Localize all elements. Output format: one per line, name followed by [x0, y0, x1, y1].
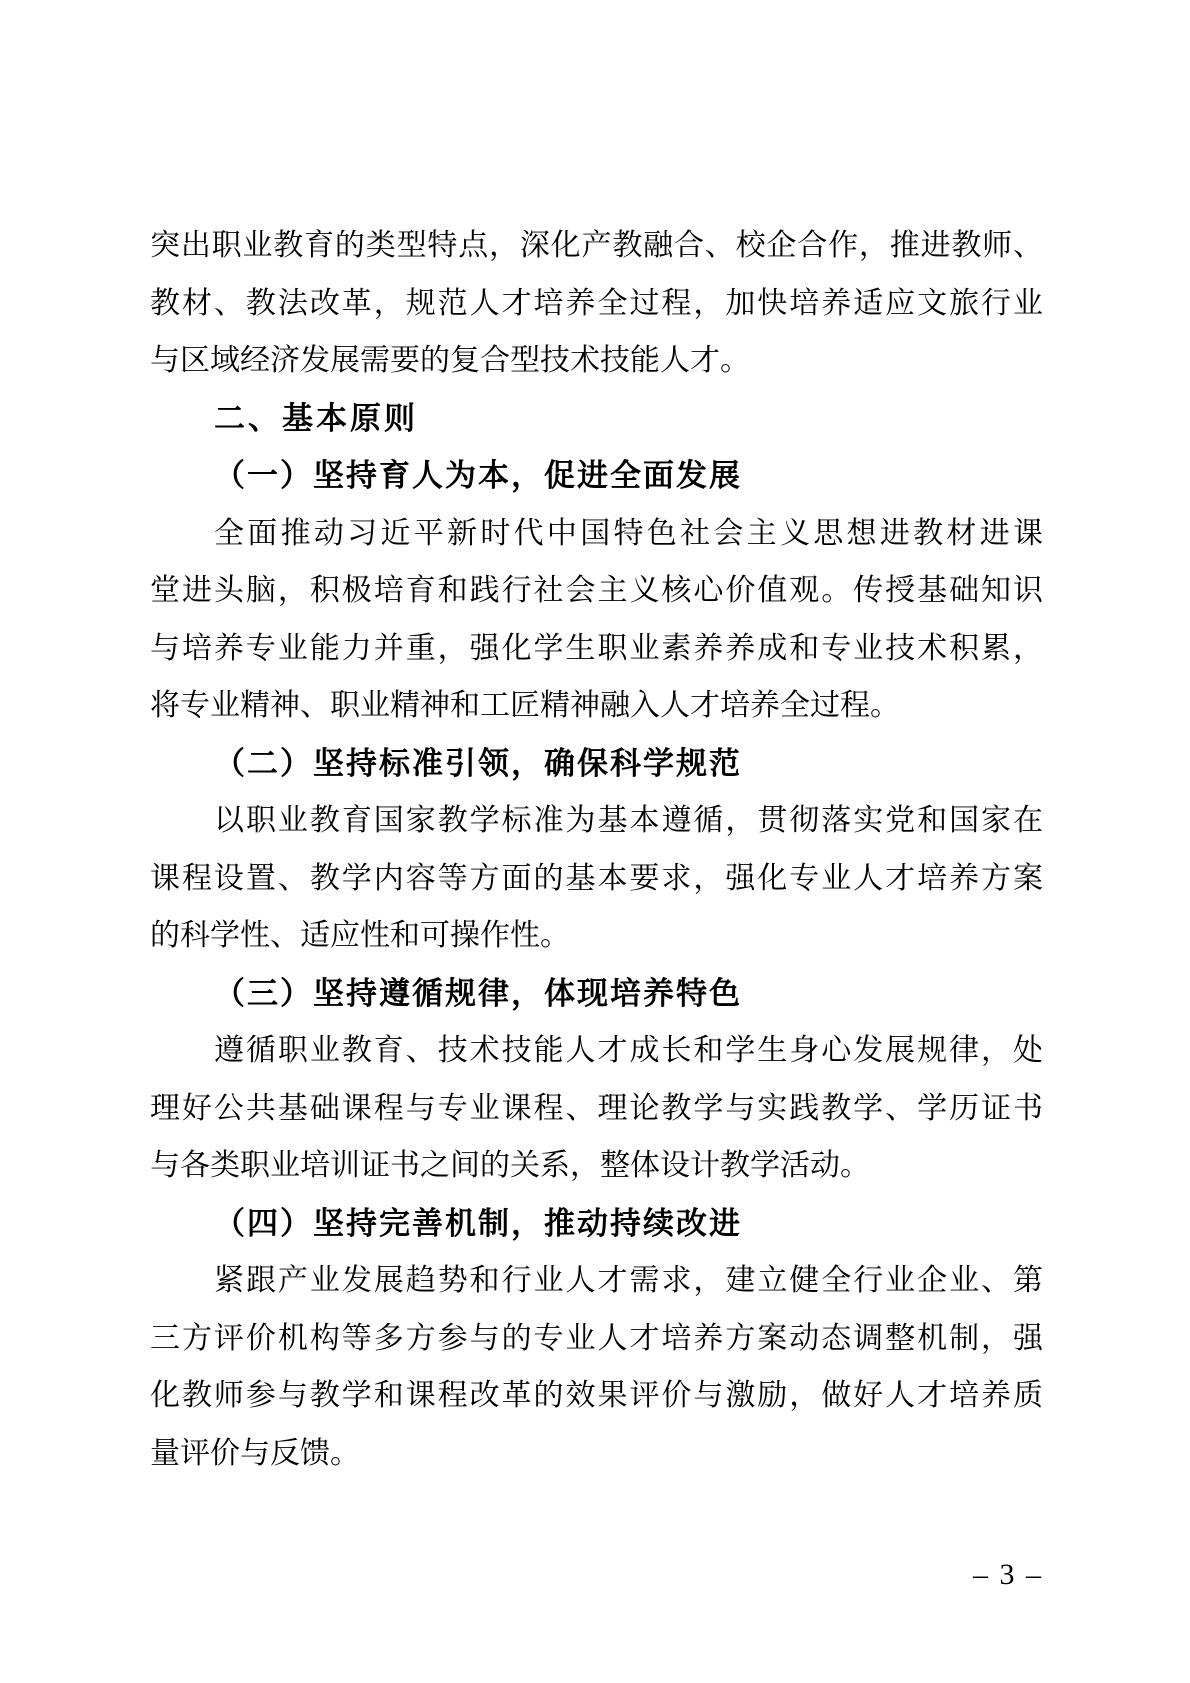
paragraph-line: 三方评价机构等多方参与的专业人才培养方案动态调整机制，强	[150, 1310, 1043, 1368]
section-heading-basic-principles: 二、基本原则	[150, 390, 1043, 448]
paragraph-line: 理好公共基础课程与专业课程、理论教学与实践教学、学历证书	[150, 1080, 1043, 1138]
paragraph-line: 与各类职业培训证书之间的关系，整体设计教学活动。	[150, 1137, 1043, 1195]
intro-paragraph-line: 突出职业教育的类型特点，深化产教融合、校企合作，推进教师、	[150, 217, 1043, 275]
paragraph-line: 与培养专业能力并重，强化学生职业素养养成和专业技术积累，	[150, 620, 1043, 678]
document-page: 突出职业教育的类型特点，深化产教融合、校企合作，推进教师、 教材、教法改革，规范…	[0, 0, 1190, 1683]
paragraph-line: 全面推动习近平新时代中国特色社会主义思想进教材进课	[150, 505, 1043, 563]
paragraph-line: 的科学性、适应性和可操作性。	[150, 907, 1043, 965]
subsection-heading-principle-4: （四）坚持完善机制，推动持续改进	[150, 1195, 1043, 1253]
subsection-heading-principle-1: （一）坚持育人为本，促进全面发展	[150, 447, 1043, 505]
paragraph-line: 课程设置、教学内容等方面的基本要求，强化专业人才培养方案	[150, 850, 1043, 908]
paragraph-line: 堂进头脑，积极培育和践行社会主义核心价值观。传授基础知识	[150, 562, 1043, 620]
paragraph-line: 以职业教育国家教学标准为基本遵循，贯彻落实党和国家在	[150, 792, 1043, 850]
paragraph-line: 紧跟产业发展趋势和行业人才需求，建立健全行业企业、第	[150, 1252, 1043, 1310]
intro-paragraph-line: 与区域经济发展需要的复合型技术技能人才。	[150, 332, 1043, 390]
paragraph-line: 将专业精神、职业精神和工匠精神融入人才培养全过程。	[150, 677, 1043, 735]
paragraph-line: 遵循职业教育、技术技能人才成长和学生身心发展规律，处	[150, 1022, 1043, 1080]
subsection-heading-principle-3: （三）坚持遵循规律，体现培养特色	[150, 965, 1043, 1023]
page-number: – 3 –	[973, 1558, 1043, 1592]
subsection-heading-principle-2: （二）坚持标准引领，确保科学规范	[150, 735, 1043, 793]
paragraph-line: 量评价与反馈。	[150, 1425, 1043, 1483]
paragraph-line: 化教师参与教学和课程改革的效果评价与激励，做好人才培养质	[150, 1367, 1043, 1425]
intro-paragraph-line: 教材、教法改革，规范人才培养全过程，加快培养适应文旅行业	[150, 275, 1043, 333]
document-body: 突出职业教育的类型特点，深化产教融合、校企合作，推进教师、 教材、教法改革，规范…	[150, 217, 1043, 1482]
